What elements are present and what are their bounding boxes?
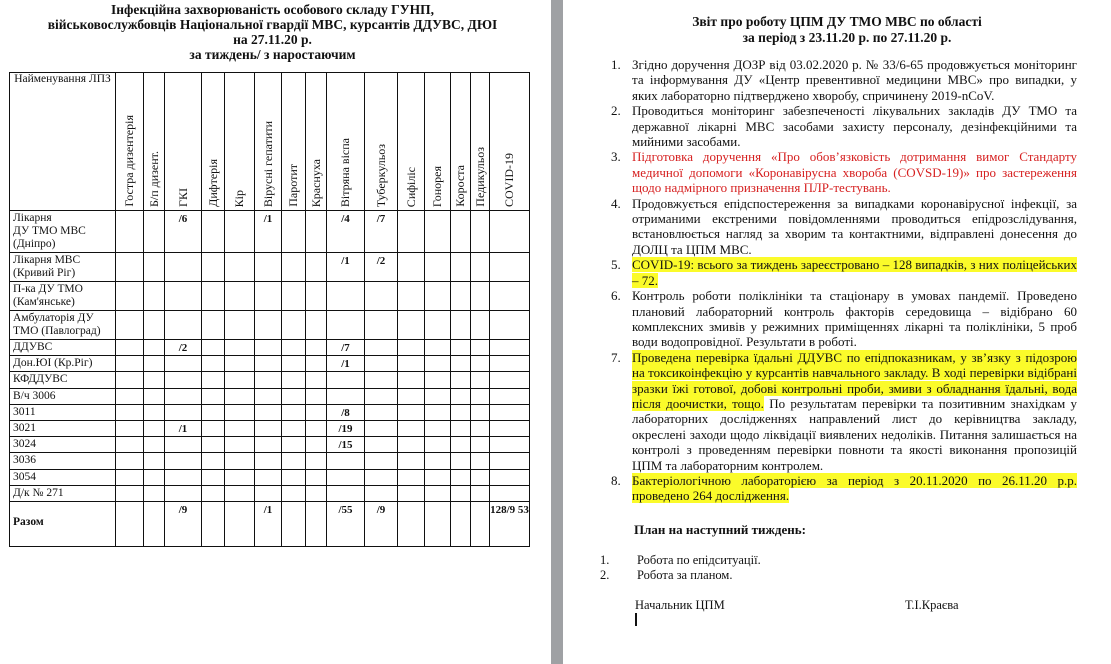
table-cell: [255, 356, 282, 372]
facility-name: Лікарня МВС(Кривий Ріг): [10, 253, 116, 282]
table-cell: [306, 389, 327, 405]
table-cell: [490, 437, 530, 453]
table-cell: [451, 470, 471, 486]
facility-name: Амбулаторія ДУТМО (Павлоград): [10, 311, 116, 340]
table-cell: [144, 405, 165, 421]
table-cell: [202, 372, 225, 389]
column-header: Гостра дизентерія: [116, 73, 144, 211]
table-cell: [471, 470, 490, 486]
table-cell: [144, 282, 165, 311]
facility-name: ДДУВС: [10, 340, 116, 356]
table-cell: [144, 372, 165, 389]
table-cell: [471, 253, 490, 282]
table-cell: [116, 389, 144, 405]
facility-name: В/ч 3006: [10, 389, 116, 405]
table-cell: [165, 372, 202, 389]
column-header: COVID-19: [490, 73, 530, 211]
table-cell: [225, 340, 255, 356]
item-number: 6.: [611, 288, 621, 303]
table-cell: [306, 211, 327, 253]
table-cell: [471, 421, 490, 437]
table-cell: [255, 453, 282, 470]
table-cell: [282, 211, 306, 253]
total-cell: /9: [365, 502, 398, 547]
table-cell: [365, 389, 398, 405]
table-cell: [165, 437, 202, 453]
table-cell: [225, 356, 255, 372]
table-cell: [306, 282, 327, 311]
report-item: 7.Проведена перевірка їдальні ДДУВС по е…: [611, 350, 1077, 473]
report-item: 8.Бактеріологічною лабораторією за періо…: [611, 473, 1077, 504]
table-cell: /4: [327, 211, 365, 253]
table-cell: [425, 356, 451, 372]
report-items-list: 1.Згідно доручення ДОЗР від 03.02.2020 р…: [611, 57, 1077, 504]
table-cell: [282, 356, 306, 372]
table-cell: [490, 389, 530, 405]
item-number: 8.: [611, 473, 621, 488]
column-header: Кір: [225, 73, 255, 211]
table-cell: [365, 282, 398, 311]
table-cell: [202, 311, 225, 340]
table-cell: [225, 470, 255, 486]
table-cell: /2: [365, 253, 398, 282]
facility-name: 3036: [10, 453, 116, 470]
table-row: П-ка ДУ ТМО(Кам'янське): [10, 282, 530, 311]
table-cell: [365, 453, 398, 470]
table-cell: /7: [365, 211, 398, 253]
table-cell: [144, 470, 165, 486]
table-cell: [365, 372, 398, 389]
table-cell: [116, 453, 144, 470]
table-cell: [490, 211, 530, 253]
table-cell: [255, 253, 282, 282]
plan-title: План на наступний тиждень:: [634, 522, 806, 538]
table-cell: [425, 372, 451, 389]
facility-name: КФДДУВС: [10, 372, 116, 389]
table-cell: [144, 453, 165, 470]
table-cell: [165, 486, 202, 502]
table-cell: [144, 437, 165, 453]
table-cell: [490, 340, 530, 356]
table-cell: [471, 311, 490, 340]
table-cell: [255, 389, 282, 405]
table-cell: [490, 356, 530, 372]
table-cell: [365, 486, 398, 502]
table-cell: [144, 211, 165, 253]
table-row: Лікарня МВС(Кривий Ріг)/1/2: [10, 253, 530, 282]
title-period: за тиждень/ з наростаючим: [0, 47, 545, 62]
report-period: за період з 23.11.20 р. по 27.11.20 р.: [563, 30, 1111, 46]
title-line-1: Інфекційна захворюваність особового скла…: [0, 2, 545, 17]
item-text: Продовжується епідспостереження за випад…: [632, 196, 1077, 257]
table-row: 3036: [10, 453, 530, 470]
table-cell: [471, 486, 490, 502]
report-item: 2.Проводиться моніторинг забезпеченості …: [611, 103, 1077, 149]
column-header: Педикульоз: [471, 73, 490, 211]
table-cell: [282, 253, 306, 282]
page-gutter: [551, 0, 563, 664]
table-cell: [225, 437, 255, 453]
table-cell: [282, 405, 306, 421]
table-row: КФДДУВС: [10, 372, 530, 389]
total-cell: [306, 502, 327, 547]
table-cell: [490, 453, 530, 470]
total-cell: /55: [327, 502, 365, 547]
item-text: Підготовка доручення «Про обов’язковість…: [632, 149, 1077, 195]
table-cell: /19: [327, 421, 365, 437]
table-cell: [451, 282, 471, 311]
facility-name: П-ка ДУ ТМО(Кам'янське): [10, 282, 116, 311]
item-text: Бактеріологічною лабораторією за період …: [632, 473, 1077, 503]
table-cell: [202, 340, 225, 356]
table-cell: [398, 340, 425, 356]
table-cell: [365, 470, 398, 486]
signature-position: Начальник ЦПМ: [635, 598, 725, 613]
table-cell: [327, 372, 365, 389]
table-cell: /2: [165, 340, 202, 356]
table-cell: [202, 211, 225, 253]
table-row: 3011/8: [10, 405, 530, 421]
table-cell: [165, 405, 202, 421]
item-text: Проведена перевірка їдальні ДДУВС по епі…: [632, 350, 1077, 473]
report-item: 6.Контроль роботи поліклініки та стаціон…: [611, 288, 1077, 350]
table-cell: [306, 453, 327, 470]
table-cell: /6: [165, 211, 202, 253]
table-cell: [202, 356, 225, 372]
facility-name: 3024: [10, 437, 116, 453]
table-cell: /15: [327, 437, 365, 453]
table-cell: /1: [327, 356, 365, 372]
table-cell: [306, 437, 327, 453]
table-cell: [116, 421, 144, 437]
table-cell: [202, 405, 225, 421]
table-cell: [116, 356, 144, 372]
total-cell: [282, 502, 306, 547]
item-number: 4.: [611, 196, 621, 211]
total-cell: [225, 502, 255, 547]
table-cell: [451, 405, 471, 421]
table-row: Д/к № 271: [10, 486, 530, 502]
table-cell: [165, 253, 202, 282]
column-header: Паротит: [282, 73, 306, 211]
table-cell: [490, 405, 530, 421]
table-cell: [255, 311, 282, 340]
item-text: Згідно доручення ДОЗР від 03.02.2020 р. …: [632, 57, 1077, 103]
table-cell: [365, 405, 398, 421]
title-date: на 27.11.20 р.: [0, 32, 545, 47]
facility-name: 3011: [10, 405, 116, 421]
table-cell: [225, 486, 255, 502]
table-cell: [255, 421, 282, 437]
table-cell: [398, 311, 425, 340]
table-cell: [365, 356, 398, 372]
table-cell: [490, 253, 530, 282]
table-cell: [202, 421, 225, 437]
table-row: В/ч 3006: [10, 389, 530, 405]
table-cell: [144, 356, 165, 372]
table-cell: [116, 405, 144, 421]
total-row: Разом/9/1/55/9128/9 53: [10, 502, 530, 547]
table-cell: [116, 486, 144, 502]
table-cell: [327, 453, 365, 470]
table-cell: [471, 405, 490, 421]
table-cell: [425, 340, 451, 356]
title-line-2: військовослужбовців Національної гвардії…: [0, 17, 545, 32]
column-header: Сифіліс: [398, 73, 425, 211]
table-cell: [471, 389, 490, 405]
table-cell: [165, 453, 202, 470]
table-cell: [116, 470, 144, 486]
facility-name: Лікарня ДУ ТМО МВС(Дніпро): [10, 211, 116, 253]
item-number: 7.: [611, 350, 621, 365]
infection-table: Найменування ЛПЗГостра дизентеріяБ/п диз…: [9, 72, 530, 547]
table-cell: [282, 311, 306, 340]
facility-name: 3021: [10, 421, 116, 437]
plan-list: 1.Робота по епідситуації.2.Робота за пла…: [600, 553, 761, 583]
table-cell: [306, 356, 327, 372]
table-cell: [255, 437, 282, 453]
table-cell: [116, 340, 144, 356]
column-header: Короста: [451, 73, 471, 211]
report-item: 3.Підготовка доручення «Про обов’язковіс…: [611, 149, 1077, 195]
facility-name: Д/к № 271: [10, 486, 116, 502]
table-cell: [451, 421, 471, 437]
item-text: Контроль роботи поліклініки та стаціонар…: [632, 288, 1077, 349]
table-cell: [471, 372, 490, 389]
table-cell: [165, 470, 202, 486]
text-cursor: [635, 613, 637, 626]
table-cell: [451, 211, 471, 253]
table-cell: [398, 253, 425, 282]
table-cell: [225, 282, 255, 311]
table-cell: [165, 356, 202, 372]
table-cell: [398, 405, 425, 421]
table-cell: [398, 453, 425, 470]
table-cell: [490, 470, 530, 486]
item-number: 1.: [611, 57, 621, 72]
table-cell: [116, 437, 144, 453]
table-cell: [144, 311, 165, 340]
signature-name: Т.І.Краєва: [905, 598, 959, 613]
table-cell: [451, 453, 471, 470]
table-cell: [398, 470, 425, 486]
table-title: Інфекційна захворюваність особового скла…: [0, 2, 545, 62]
table-cell: [425, 405, 451, 421]
total-cell: [425, 502, 451, 547]
table-cell: [255, 486, 282, 502]
table-cell: [398, 389, 425, 405]
table-cell: [306, 372, 327, 389]
table-header-row: Найменування ЛПЗГостра дизентеріяБ/п диз…: [10, 73, 530, 211]
table-cell: [471, 356, 490, 372]
table-cell: [425, 211, 451, 253]
table-cell: [451, 372, 471, 389]
table-cell: [451, 340, 471, 356]
report-item: 4.Продовжується епідспостереження за вип…: [611, 196, 1077, 258]
total-cell: [116, 502, 144, 547]
table-cell: [225, 372, 255, 389]
table-cell: [116, 253, 144, 282]
total-cell: [144, 502, 165, 547]
table-cell: [471, 437, 490, 453]
table-cell: [202, 486, 225, 502]
table-cell: [306, 470, 327, 486]
table-cell: [225, 211, 255, 253]
table-cell: [490, 282, 530, 311]
table-row: 3054: [10, 470, 530, 486]
table-cell: [255, 372, 282, 389]
total-cell: /1: [255, 502, 282, 547]
table-cell: [144, 486, 165, 502]
table-cell: [116, 282, 144, 311]
table-row: Дон.ЮІ (Кр.Ріг)/1: [10, 356, 530, 372]
column-header: Краснуха: [306, 73, 327, 211]
report-item: 5.COVID-19: всього за тиждень зареєстров…: [611, 257, 1077, 288]
table-cell: [471, 453, 490, 470]
table-cell: [282, 486, 306, 502]
table-cell: [398, 356, 425, 372]
table-cell: [451, 253, 471, 282]
table-row: Лікарня ДУ ТМО МВС(Дніпро)/6/1/4/7: [10, 211, 530, 253]
report-item: 1.Згідно доручення ДОЗР від 03.02.2020 р…: [611, 57, 1077, 103]
table-cell: [144, 389, 165, 405]
column-header-name: Найменування ЛПЗ: [10, 73, 116, 211]
item-text: Проводиться моніторинг забезпеченості лі…: [632, 103, 1077, 149]
table-cell: [365, 437, 398, 453]
table-cell: [255, 470, 282, 486]
table-cell: [165, 282, 202, 311]
table-cell: [398, 211, 425, 253]
table-cell: [282, 421, 306, 437]
table-cell: [451, 486, 471, 502]
table-cell: [225, 421, 255, 437]
table-cell: [398, 372, 425, 389]
table-cell: [306, 311, 327, 340]
total-label: Разом: [10, 502, 116, 547]
table-cell: [255, 405, 282, 421]
table-cell: [282, 282, 306, 311]
table-cell: [255, 340, 282, 356]
item-number: 2.: [611, 103, 621, 118]
table-cell: [425, 486, 451, 502]
table-cell: [202, 453, 225, 470]
table-cell: [471, 282, 490, 311]
total-cell: [451, 502, 471, 547]
table-cell: [144, 253, 165, 282]
table-cell: [282, 340, 306, 356]
plan-item: 2.Робота за планом.: [600, 568, 761, 583]
table-cell: [327, 389, 365, 405]
table-row: Амбулаторія ДУТМО (Павлоград): [10, 311, 530, 340]
table-cell: [490, 311, 530, 340]
table-cell: [327, 486, 365, 502]
column-header: Туберкульоз: [365, 73, 398, 211]
table-cell: [282, 453, 306, 470]
table-cell: [471, 211, 490, 253]
column-header: Вірусні гепатити: [255, 73, 282, 211]
table-cell: [306, 421, 327, 437]
table-cell: [398, 282, 425, 311]
total-cell: [471, 502, 490, 547]
table-cell: [398, 437, 425, 453]
table-cell: [116, 211, 144, 253]
table-cell: [490, 421, 530, 437]
item-number: 3.: [611, 149, 621, 164]
report-title: Звіт про роботу ЦПМ ДУ ТМО МВС по област…: [563, 14, 1111, 46]
table-cell: [490, 372, 530, 389]
facility-name: 3054: [10, 470, 116, 486]
table-cell: [425, 253, 451, 282]
report-title-line-1: Звіт про роботу ЦПМ ДУ ТМО МВС по област…: [563, 14, 1111, 30]
column-header: Дифтерія: [202, 73, 225, 211]
table-cell: [202, 470, 225, 486]
table-cell: [425, 389, 451, 405]
table-cell: [144, 340, 165, 356]
total-cell: [398, 502, 425, 547]
table-cell: [282, 372, 306, 389]
column-header: ГКІ: [165, 73, 202, 211]
table-cell: [225, 311, 255, 340]
table-cell: [202, 253, 225, 282]
table-cell: /7: [327, 340, 365, 356]
total-cell: /9: [165, 502, 202, 547]
table-cell: [327, 282, 365, 311]
table-cell: [425, 453, 451, 470]
table-cell: [202, 282, 225, 311]
table-cell: [144, 421, 165, 437]
table-cell: [306, 486, 327, 502]
total-cell: [202, 502, 225, 547]
table-cell: [451, 437, 471, 453]
table-row: ДДУВС/2/7: [10, 340, 530, 356]
table-cell: [225, 453, 255, 470]
table-cell: /1: [255, 211, 282, 253]
table-row: 3021/1/19: [10, 421, 530, 437]
table-cell: [225, 253, 255, 282]
table-cell: /1: [327, 253, 365, 282]
table-cell: [225, 389, 255, 405]
table-cell: [225, 405, 255, 421]
table-cell: [116, 311, 144, 340]
table-cell: [282, 389, 306, 405]
table-cell: [165, 311, 202, 340]
table-cell: [282, 470, 306, 486]
total-cell: 128/9 53: [490, 502, 530, 547]
table-cell: [425, 470, 451, 486]
table-cell: [282, 437, 306, 453]
table-cell: [398, 486, 425, 502]
column-header: Вітряна віспа: [327, 73, 365, 211]
table-cell: [365, 421, 398, 437]
table-cell: [471, 340, 490, 356]
table-cell: [255, 282, 282, 311]
table-cell: [398, 421, 425, 437]
column-header: Б/п дизент.: [144, 73, 165, 211]
table-cell: [451, 311, 471, 340]
table-cell: [425, 437, 451, 453]
table-cell: [425, 311, 451, 340]
left-document-page: Інфекційна захворюваність особового скла…: [0, 0, 545, 664]
item-text: COVID-19: всього за тиждень зареєстрован…: [632, 257, 1077, 287]
table-cell: [425, 282, 451, 311]
table-cell: [451, 356, 471, 372]
table-cell: [306, 253, 327, 282]
table-cell: [365, 340, 398, 356]
table-cell: [425, 421, 451, 437]
table-cell: [451, 389, 471, 405]
column-header: Гонорея: [425, 73, 451, 211]
table-cell: [306, 340, 327, 356]
